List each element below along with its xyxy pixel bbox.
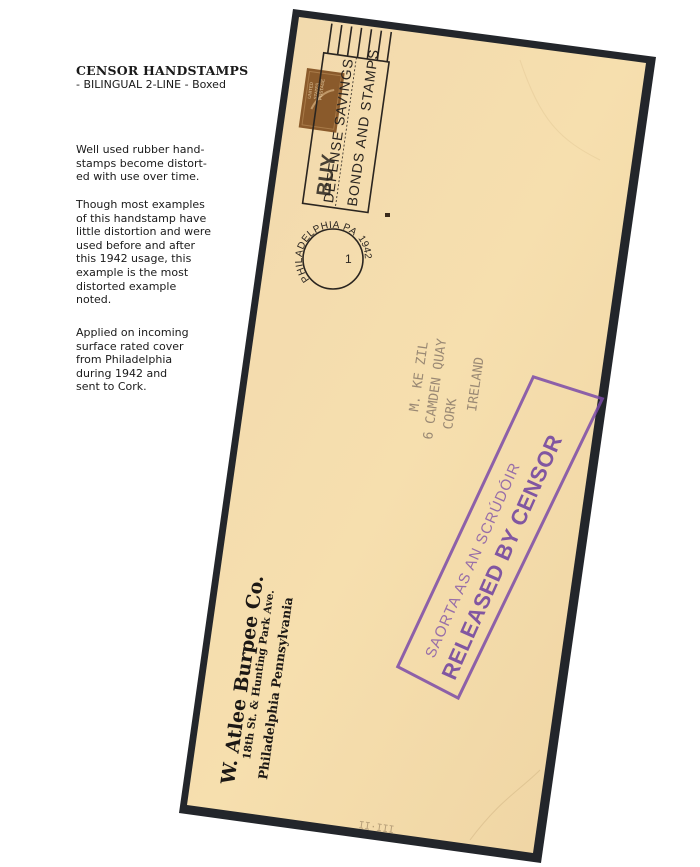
postal-cover: UNITED STATES POSTAGE BUY DEFENSE SAVING… bbox=[0, 0, 700, 867]
postmark-date: 1 bbox=[345, 252, 352, 266]
ink-spot bbox=[385, 213, 390, 217]
